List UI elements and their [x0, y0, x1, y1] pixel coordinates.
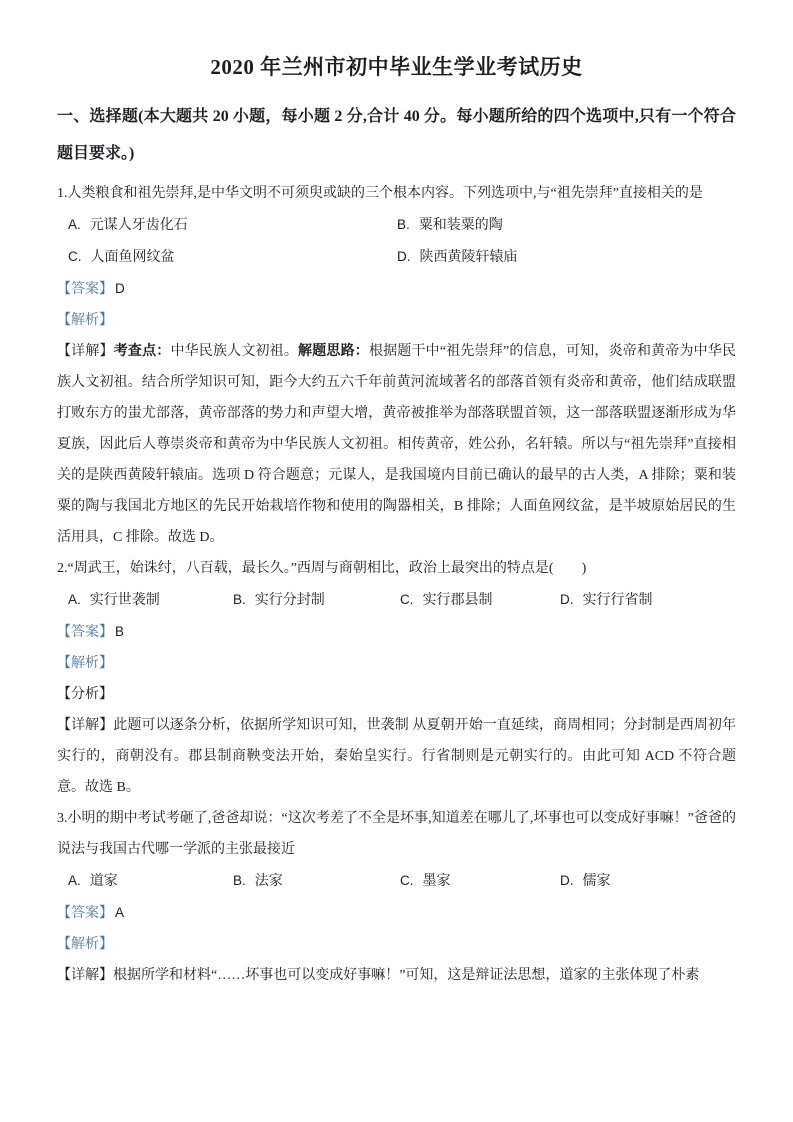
detail-text: 根据所学和材料“……坏事也可以变成好事嘛！”可知，这是辩证法思想，道家的主张体现… — [113, 968, 699, 983]
question-3-options: A.道家 B.法家 C.墨家 D.儒家 — [68, 865, 736, 897]
option-key: C. — [400, 873, 414, 888]
detail-paragraph: 【详解】此题可以逐条分析，依据所学知识可知，世袭制 从夏朝开始一直延续，商周相同… — [57, 710, 736, 803]
option-text: 实行世袭制 — [90, 593, 160, 608]
detail-label: 【详解】 — [57, 718, 113, 733]
option-text: 陕西黄陵轩辕庙 — [420, 250, 518, 265]
option-text: 粟和装粟的陶 — [419, 218, 503, 233]
detail-label: 【详解】 — [57, 344, 114, 359]
section-heading: 一、选择题(本大题共 20 小题，每小题 2 分,合计 40 分。每小题所给的四… — [57, 98, 736, 172]
solving-route-text: 根据题干中“祖先崇拜”的信息，可知，炎帝和黄帝为中华民族人文初祖。结合所学知识可… — [57, 344, 736, 545]
option-key: B. — [233, 873, 246, 888]
detail-text: 此题可以逐条分析，依据所学知识可知，世袭制 从夏朝开始一直延续，商周相同；分封制… — [57, 718, 736, 795]
analysis-line: 【解析】 — [57, 929, 736, 960]
option-text: 实行郡县制 — [423, 593, 493, 608]
option-c: C.墨家 — [400, 865, 560, 897]
option-text: 墨家 — [423, 874, 451, 889]
option-text: 实行分封制 — [255, 593, 325, 608]
option-text: 实行行省制 — [583, 593, 653, 608]
analysis-line: 【解析】 — [57, 305, 736, 336]
solving-route-label: 解题思路： — [298, 344, 369, 359]
detail-label: 【详解】 — [57, 968, 113, 983]
option-key: C. — [68, 249, 82, 264]
option-text: 儒家 — [583, 874, 611, 889]
detail-paragraph: 【详解】考查点：中华民族人文初祖。解题思路：根据题干中“祖先崇拜”的信息，可知，… — [57, 336, 736, 553]
option-a: A.实行世袭制 — [68, 584, 233, 616]
analysis-label: 【解析】 — [57, 313, 113, 328]
option-key: D. — [560, 592, 574, 607]
question-1: 1.人类粮食和祖先崇拜,是中华文明不可须臾或缺的三个根本内容。下列选项中,与“祖… — [57, 178, 736, 553]
review-line: 【分析】 — [57, 679, 736, 710]
option-b: B.粟和装粟的陶 — [397, 209, 736, 241]
question-2-stem: 2.“周武王，始诛纣，八百载，最长久。”西周与商朝相比，政治上最突出的特点是( … — [57, 553, 736, 584]
option-key: B. — [397, 217, 410, 232]
exam-point-text: 中华民族人文初祖。 — [170, 344, 298, 359]
option-text: 人面鱼网纹盆 — [91, 250, 175, 265]
answer-line: 【答案】D — [57, 273, 736, 305]
option-key: B. — [233, 592, 246, 607]
review-label: 【分析】 — [57, 687, 113, 702]
question-2: 2.“周武王，始诛纣，八百载，最长久。”西周与商朝相比，政治上最突出的特点是( … — [57, 553, 736, 803]
detail-paragraph: 【详解】根据所学和材料“……坏事也可以变成好事嘛！”可知，这是辩证法思想，道家的… — [57, 960, 736, 991]
exam-point-label: 考查点： — [114, 344, 171, 359]
answer-value: B — [115, 624, 124, 639]
option-c: C.实行郡县制 — [400, 584, 560, 616]
analysis-label: 【解析】 — [57, 937, 113, 952]
option-key: C. — [400, 592, 414, 607]
option-key: D. — [397, 249, 411, 264]
answer-label: 【答案】 — [57, 282, 113, 297]
question-1-stem: 1.人类粮食和祖先崇拜,是中华文明不可须臾或缺的三个根本内容。下列选项中,与“祖… — [57, 178, 736, 209]
option-key: A. — [68, 217, 81, 232]
answer-value: D — [115, 281, 125, 296]
question-1-options: A.元谋人牙齿化石 B.粟和装粟的陶 C.人面鱼网纹盆 D.陕西黄陵轩辕庙 — [68, 209, 736, 273]
option-key: A. — [68, 873, 81, 888]
analysis-label: 【解析】 — [57, 656, 113, 671]
option-text: 元谋人牙齿化石 — [90, 218, 188, 233]
page-title: 2020 年兰州市初中毕业生学业考试历史 — [57, 52, 736, 82]
answer-label: 【答案】 — [57, 625, 113, 640]
analysis-line: 【解析】 — [57, 648, 736, 679]
option-d: D.实行行省制 — [560, 584, 736, 616]
option-b: B.法家 — [233, 865, 400, 897]
option-text: 法家 — [255, 874, 283, 889]
answer-line: 【答案】B — [57, 616, 736, 648]
question-3-stem: 3.小明的期中考试考砸了,爸爸却说：“这次考差了不全是坏事,知道差在哪儿了,坏事… — [57, 803, 736, 865]
option-d: D.陕西黄陵轩辕庙 — [397, 241, 736, 273]
exam-document-page: 2020 年兰州市初中毕业生学业考试历史 一、选择题(本大题共 20 小题，每小… — [0, 0, 793, 991]
question-3: 3.小明的期中考试考砸了,爸爸却说：“这次考差了不全是坏事,知道差在哪儿了,坏事… — [57, 803, 736, 991]
question-2-options: A.实行世袭制 B.实行分封制 C.实行郡县制 D.实行行省制 — [68, 584, 736, 616]
answer-line: 【答案】A — [57, 897, 736, 929]
answer-label: 【答案】 — [57, 906, 113, 921]
option-a: A.元谋人牙齿化石 — [68, 209, 397, 241]
option-b: B.实行分封制 — [233, 584, 400, 616]
option-d: D.儒家 — [560, 865, 736, 897]
option-c: C.人面鱼网纹盆 — [68, 241, 397, 273]
option-key: D. — [560, 873, 574, 888]
answer-value: A — [115, 905, 124, 920]
option-text: 道家 — [90, 874, 118, 889]
option-a: A.道家 — [68, 865, 233, 897]
option-key: A. — [68, 592, 81, 607]
